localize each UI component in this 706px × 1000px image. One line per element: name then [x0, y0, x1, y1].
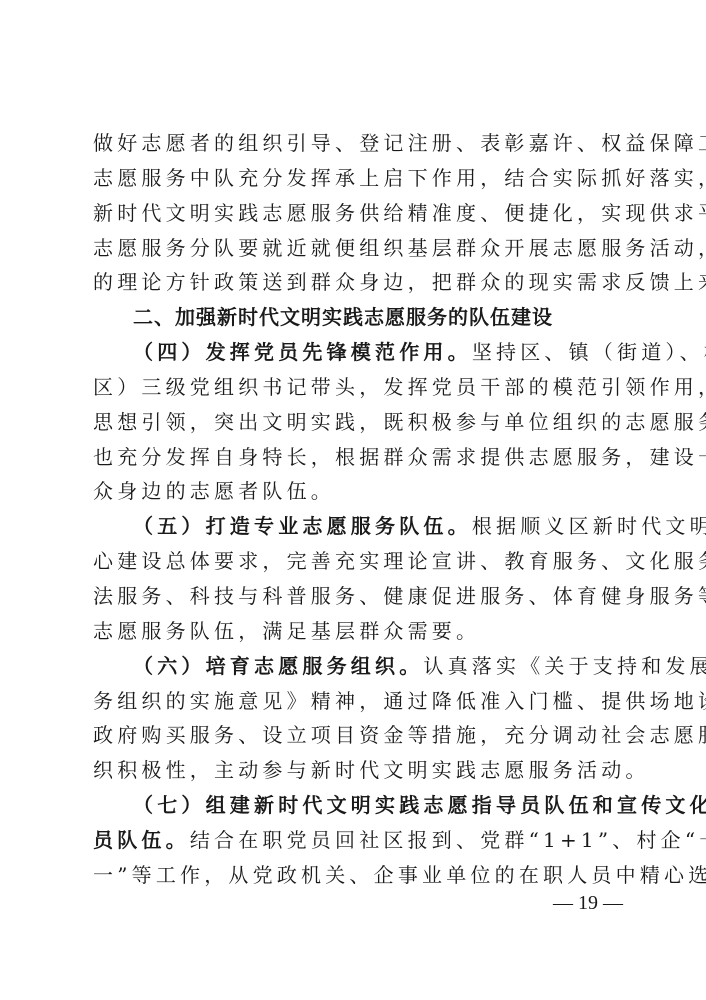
text-line: 心建设总体要求，完善充实理论宣讲、教育服务、文化服务、德 — [93, 544, 615, 579]
text-line: 众身边的志愿者队伍。 — [93, 474, 615, 509]
text-line: 志愿服务分队要就近就便组织基层群众开展志愿服务活动，把党 — [93, 231, 615, 266]
text-line: （六）培育志愿服务组织。认真落实《关于支持和发展志愿服 — [93, 649, 615, 684]
item-title-cont: 员队伍。 — [93, 828, 190, 852]
item-text: 根据顺义区新时代文明实践中 — [472, 514, 706, 538]
document-body: 做好志愿者的组织引导、登记注册、表彰嘉许、权益保障工作。 志愿服务中队充分发挥承… — [93, 126, 615, 893]
text-line: 的理论方针政策送到群众身边，把群众的现实需求反馈上来。 — [93, 265, 615, 300]
text-line: （四）发挥党员先锋模范作用。坚持区、镇（街道）、村（社 — [93, 335, 615, 370]
item-text: 结合在职党员回社区报到、党群“1+1”、村企“一助 — [190, 828, 706, 852]
item-text: 认真落实《关于支持和发展志愿服 — [423, 654, 706, 678]
text-line: 思想引领，突出文明实践，既积极参与单位组织的志愿服务活动， — [93, 405, 615, 440]
text-line: 织积极性，主动参与新时代文明实践志愿服务活动。 — [93, 753, 615, 788]
text-line: 做好志愿者的组织引导、登记注册、表彰嘉许、权益保障工作。 — [93, 126, 615, 161]
document-page: 做好志愿者的组织引导、登记注册、表彰嘉许、权益保障工作。 志愿服务中队充分发挥承… — [0, 0, 706, 1000]
text-line: 志愿服务中队充分发挥承上启下作用，结合实际抓好落实，提高 — [93, 161, 615, 196]
paragraph-item-4: （四）发挥党员先锋模范作用。坚持区、镇（街道）、村（社 区）三级党组织书记带头，… — [93, 335, 615, 509]
text-line: 务组织的实施意见》精神，通过降低准入门槛、提供场地设施、 — [93, 684, 615, 719]
text-line: 政府购买服务、设立项目资金等措施，充分调动社会志愿服务组 — [93, 718, 615, 753]
item-text: 坚持区、镇（街道）、村（社 — [472, 340, 706, 364]
item-title: （七）组建新时代文明实践志愿指导员队伍和宣传文化组织 — [93, 788, 615, 823]
page-number: — 19 — — [548, 890, 628, 916]
item-title: （六）培育志愿服务组织。 — [133, 654, 423, 678]
section-heading: 二、加强新时代文明实践志愿服务的队伍建设 — [93, 300, 615, 335]
item-title: （五）打造专业志愿服务队伍。 — [133, 514, 472, 538]
item-title: （四）发挥党员先锋模范作用。 — [133, 340, 472, 364]
text-line: 新时代文明实践志愿服务供给精准度、便捷化，实现供求平衡。 — [93, 196, 615, 231]
text-line: 一”等工作，从党政机关、企事业单位的在职人员中精心选拔一 — [93, 858, 615, 893]
text-line: （五）打造专业志愿服务队伍。根据顺义区新时代文明实践中 — [93, 509, 615, 544]
paragraph-item-7: （七）组建新时代文明实践志愿指导员队伍和宣传文化组织 员队伍。结合在职党员回社区… — [93, 788, 615, 893]
paragraph-item-6: （六）培育志愿服务组织。认真落实《关于支持和发展志愿服 务组织的实施意见》精神，… — [93, 649, 615, 788]
paragraph-item-5: （五）打造专业志愿服务队伍。根据顺义区新时代文明实践中 心建设总体要求，完善充实… — [93, 509, 615, 648]
text-line: 区）三级党组织书记带头，发挥党员干部的模范引领作用，突出 — [93, 370, 615, 405]
text-line: 法服务、科技与科普服务、健康促进服务、体育健身服务等专业 — [93, 579, 615, 614]
paragraph-intro: 做好志愿者的组织引导、登记注册、表彰嘉许、权益保障工作。 志愿服务中队充分发挥承… — [93, 126, 615, 300]
text-line: 也充分发挥自身特长，根据群众需求提供志愿服务，建设一支群 — [93, 440, 615, 475]
text-line: 员队伍。结合在职党员回社区报到、党群“1+1”、村企“一助 — [93, 823, 615, 858]
text-line: 志愿服务队伍，满足基层群众需要。 — [93, 614, 615, 649]
